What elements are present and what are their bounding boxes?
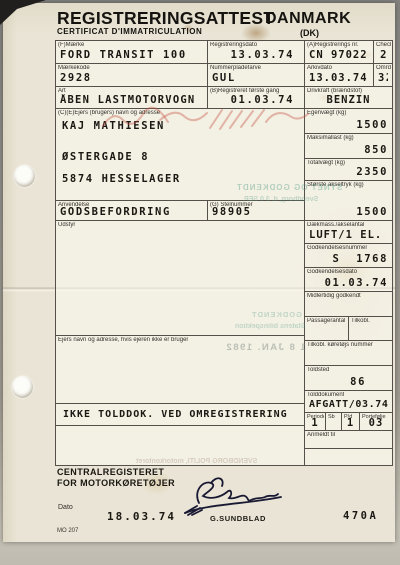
field-label: Omrd xyxy=(376,65,391,72)
field-value: 2 xyxy=(378,49,388,61)
field-value: 86 xyxy=(309,376,366,388)
field-customs-note: IKKE TOLDDOK. VED OMREGISTRERING xyxy=(55,403,305,426)
field-label: Toldsted xyxy=(307,367,329,374)
field-registreringsdato: Registreringsdato 13.03.74 xyxy=(207,40,305,64)
field-registreringsnummer: (A)Registrerings nr. CN 97022 xyxy=(304,40,374,64)
field-label: Passagerantal xyxy=(307,318,345,325)
field-value: GODSBEFORDRING xyxy=(60,206,203,218)
field-label: Sb xyxy=(328,414,335,421)
field-value: CN 97022 xyxy=(309,49,369,61)
field-label: Godkendelsesdato xyxy=(307,269,357,276)
field-value: 13.03.74 xyxy=(309,72,369,84)
field-label: (F)Mærke xyxy=(58,42,84,49)
form-code: 470A xyxy=(343,510,378,522)
certificate-paper: REGISTRERINGSATTEST CERTIFICAT D'IMMATRI… xyxy=(3,3,395,542)
field-stoerste-akseltryk: Største akseltryk (kg) 1500 xyxy=(304,180,393,221)
field-value: AFGATT/03.74 xyxy=(309,399,388,410)
field-value: LUFT/1 EL. 2 xyxy=(309,229,388,241)
field-value: GUL xyxy=(212,72,300,84)
field-label: Maksimallast (kg) xyxy=(307,135,354,142)
field-label: Mærkekode xyxy=(58,65,90,72)
form-number: MO 207 xyxy=(57,528,78,534)
field-midlertidig-godkendt: Midlertidig godkendt xyxy=(304,291,393,317)
field-drivkraft: Drivkraft (brændstof) BENZIN xyxy=(304,86,393,109)
field-tilkobl: Tilkobl. xyxy=(348,316,393,341)
document-title: REGISTRERINGSATTEST xyxy=(57,8,274,29)
empty-cell-right xyxy=(304,448,393,466)
field-label: Arkivdato xyxy=(307,65,332,72)
field-value: 32 xyxy=(378,72,388,84)
field-stelnummer: (G) Stelnummer 98905 xyxy=(207,200,305,221)
field-maerke: (F)Mærke FORD TRANSIT 100 xyxy=(55,40,208,64)
field-value: 01.03.74 xyxy=(309,277,388,289)
signature-icon xyxy=(155,471,283,519)
red-ink-bleed-icon xyxy=(98,98,313,143)
field-value: 1 xyxy=(309,417,321,429)
field-value: 1 xyxy=(346,417,355,429)
owner-address-street: ØSTERGADE 8 xyxy=(62,151,149,163)
hole-punch xyxy=(14,165,35,187)
field-arkivdato: Arkivdato 13.03.74 xyxy=(304,63,374,87)
field-passagerantal: Passagerantal xyxy=(304,316,349,341)
field-sb: Sb xyxy=(325,412,342,431)
field-value: S 1768 xyxy=(309,253,388,265)
field-owner-if-not-user: Ejers navn og adresse, hvis ejeren ikke … xyxy=(55,335,305,404)
field-label: Dækmass./akselantal xyxy=(307,222,364,229)
field-value: 98905 xyxy=(212,206,300,218)
empty-cell-left xyxy=(55,425,305,466)
field-label: Midlertidig godkendt xyxy=(307,293,361,300)
field-nummerpladefarve: Nummerpladefarve GUL xyxy=(207,63,305,87)
field-value: 2350 xyxy=(309,166,388,178)
field-portefoelje: Portefølje 03 xyxy=(359,412,393,431)
field-value: BENZIN xyxy=(309,94,388,106)
field-maerkekode: Mærkekode 2928 xyxy=(55,63,208,87)
country-name: DANMARK xyxy=(265,10,351,28)
owner-address-city: 5874 HESSELAGER xyxy=(62,173,181,185)
field-label: Største akseltryk (kg) xyxy=(307,182,364,189)
field-tolddokument: Tolddokument AFGATT/03.74 xyxy=(304,390,393,413)
country-code: (DK) xyxy=(300,28,319,38)
field-pd: P/d 1 xyxy=(341,412,360,431)
field-label: Nummerpladefarve xyxy=(210,65,261,72)
field-egenvaegt: Egenvægt (kg) 1500 xyxy=(304,108,393,134)
field-value: 1500 xyxy=(309,206,388,218)
field-label: Tolddokument xyxy=(307,392,344,399)
field-label: Registreringsdato xyxy=(210,42,257,49)
field-value: 03 xyxy=(364,417,388,429)
field-maksimallast: Maksimallast (kg) 850 xyxy=(304,133,393,159)
field-label: Check xyxy=(376,42,391,49)
field-periode: Periode 1 xyxy=(304,412,326,431)
signer-name: G.SUNDBLAD xyxy=(210,514,266,523)
field-udstyr: Udstyr xyxy=(55,220,305,336)
field-label: (A)Registrerings nr. xyxy=(307,42,359,49)
date-label: Dato xyxy=(58,504,73,511)
field-value: 1500 xyxy=(309,119,388,131)
field-value: FORD TRANSIT 100 xyxy=(60,49,203,61)
field-label: Udstyr xyxy=(58,222,75,229)
field-label: Anmeldt til xyxy=(307,432,335,439)
field-label: Godkendelsesnummer xyxy=(307,245,367,252)
field-value: 850 xyxy=(309,144,388,156)
field-totalvaegt: Totalvægt (kg) 2350 xyxy=(304,158,393,181)
field-label: Ejers navn og adresse, hvis ejeren ikke … xyxy=(58,337,188,344)
field-godkendelsesdato: Godkendelsesdato 01.03.74 xyxy=(304,267,393,292)
scanned-registration-certificate: REGISTRERINGSATTEST CERTIFICAT D'IMMATRI… xyxy=(0,0,400,565)
field-label: Tilkobl. xyxy=(351,318,370,325)
field-check: Check 2 xyxy=(373,40,393,64)
field-omrd: Omrd 32 xyxy=(373,63,393,87)
field-toldsted: Toldsted 86 xyxy=(304,365,393,391)
field-label: Tilkobl. køretøjs nummer xyxy=(307,342,373,349)
document-subtitle: CERTIFICAT D'IMMATRICULATION xyxy=(57,27,202,36)
field-tilkobl-nummer: Tilkobl. køretøjs nummer xyxy=(304,340,393,366)
field-godkendelsesnummer: Godkendelsesnummer S 1768 xyxy=(304,243,393,268)
field-value: 2928 xyxy=(60,72,203,84)
field-anvendelse: Anvendelse GODSBEFORDRING xyxy=(55,200,208,221)
field-daekmass: Dækmass./akselantal LUFT/1 EL. 2 xyxy=(304,220,393,244)
hole-punch xyxy=(12,376,33,398)
field-value: IKKE TOLDDOK. VED OMREGISTRERING xyxy=(63,409,300,420)
field-anmeldt-til: Anmeldt til xyxy=(304,430,393,449)
field-value: 13.03.74 xyxy=(212,49,294,61)
